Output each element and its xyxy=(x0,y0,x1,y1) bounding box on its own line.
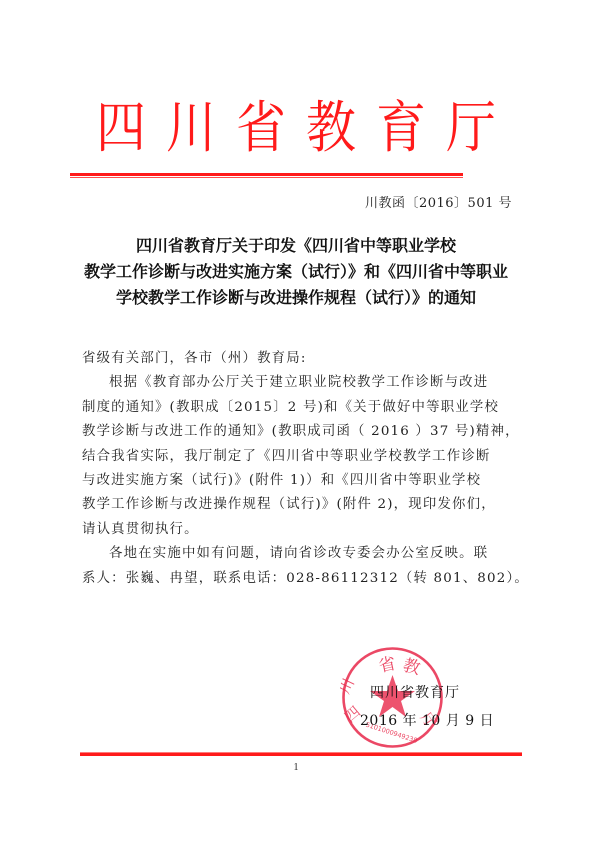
body-line: 请认真贯彻执行。 xyxy=(82,518,522,542)
page-number: 1 xyxy=(0,762,592,773)
title-line: 学校教学工作诊断与改进操作规程（试行）》的通知 xyxy=(0,285,592,311)
svg-text:川: 川 xyxy=(340,675,358,696)
body-line: 系人：张巍、冉望，联系电话：028-86112312（转 801、802）。 xyxy=(82,567,522,591)
title-line: 教学工作诊断与改进实施方案（试行）》和《四川省中等职业 xyxy=(0,259,592,285)
document-page: 四川省教育厅 川教函〔2016〕501 号 四川省教育厅关于印发《四川省中等职业… xyxy=(0,0,592,842)
body-line: 各地在实施中如有问题，请向省诊改专委会办公室反映。联 xyxy=(82,542,522,566)
divider-thin-line xyxy=(70,177,463,178)
footer-divider xyxy=(80,752,522,756)
svg-text:教: 教 xyxy=(401,656,423,680)
body-line: 教学诊断与改进工作的通知》(教职成司函（ 2016 ）37 号)精神， xyxy=(82,420,522,444)
svg-text:省: 省 xyxy=(377,654,398,677)
document-number: 川教函〔2016〕501 号 xyxy=(365,192,512,211)
body-line: 根据《教育部办公厅关于建立职业院校教学工作诊断与改进 xyxy=(82,371,522,395)
title-line: 四川省教育厅关于印发《四川省中等职业学校 xyxy=(0,233,592,259)
paragraph-2: 各地在实施中如有问题，请向省诊改专委会办公室反映。联 系人：张巍、冉望，联系电话… xyxy=(82,542,522,591)
masthead-title: 四川省教育厅 xyxy=(0,94,592,161)
document-title: 四川省教育厅关于印发《四川省中等职业学校 教学工作诊断与改进实施方案（试行）》和… xyxy=(0,233,592,311)
issue-date: 2016 年 10 月 9 日 xyxy=(360,710,494,730)
masthead-divider-lines xyxy=(70,173,463,178)
paragraph-1: 根据《教育部办公厅关于建立职业院校教学工作诊断与改进 制度的通知》(教职成〔20… xyxy=(82,371,522,542)
body-line: 结合我省实际，我厅制定了《四川省中等职业学校教学工作诊断 xyxy=(82,445,522,469)
issuer-signature: 四川省教育厅 xyxy=(370,682,460,702)
body-line: 与改进实施方案（试行)》(附件 1)）和《四川省中等职业学校 xyxy=(82,469,522,493)
salutation: 省级有关部门，各市（州）教育局: xyxy=(82,347,522,371)
body-line: 制度的通知》(教职成〔2015〕2 号)和《关于做好中等职业学校 xyxy=(82,396,522,420)
document-body: 省级有关部门，各市（州）教育局: 根据《教育部办公厅关于建立职业院校教学工作诊断… xyxy=(82,347,522,591)
divider-thick-line xyxy=(80,753,522,756)
body-line: 教学工作诊断与改进操作规程（试行)》(附件 2)，现印发你们， xyxy=(82,493,522,517)
